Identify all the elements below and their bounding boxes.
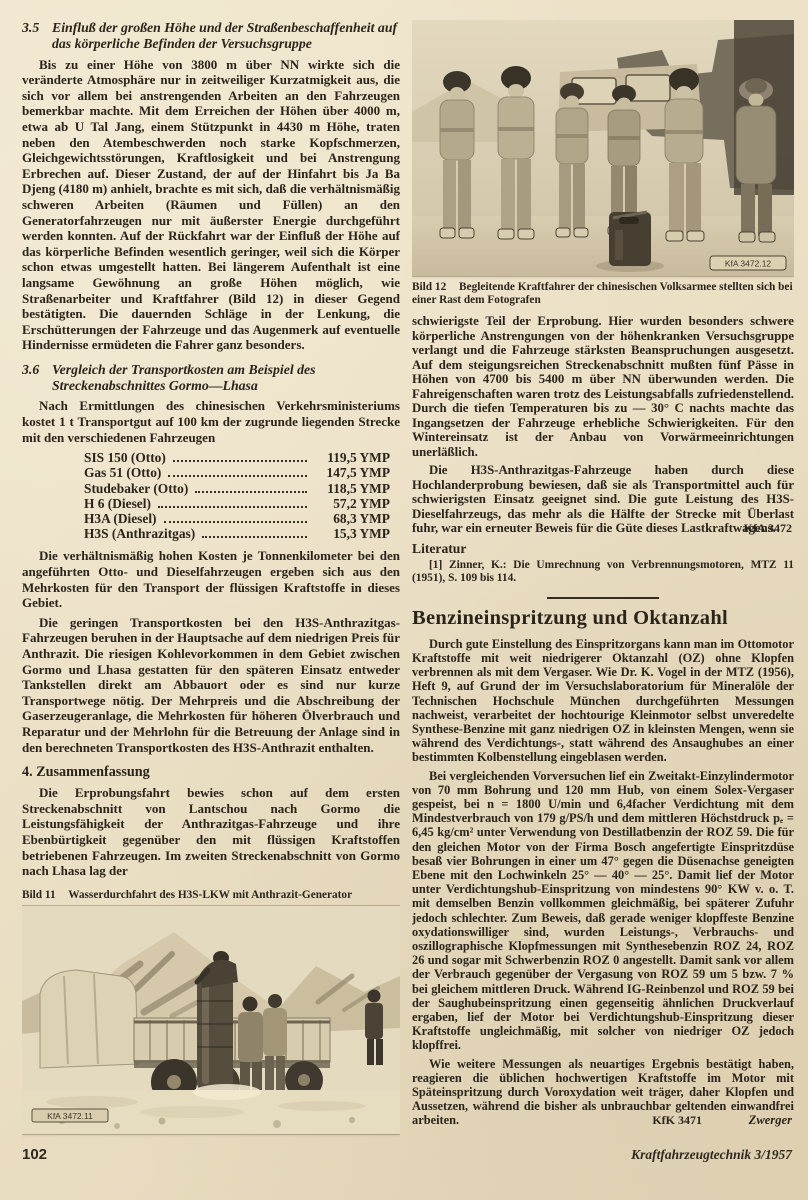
cost-value: 57,2 YMP bbox=[314, 496, 390, 511]
article-2-title: Benzineinspritzung und Oktanzahl bbox=[412, 606, 794, 630]
figure-caption-text: Begleitende Kraftfahrer der chinesischen… bbox=[412, 281, 793, 306]
photo-watermark: KfA 3472.12 bbox=[710, 256, 786, 270]
table-row: Studebaker (Otto) 118,5 YMP bbox=[84, 481, 390, 496]
section-title: Einfluß der großen Höhe und der Straßenb… bbox=[52, 20, 400, 53]
dot-leader bbox=[168, 475, 307, 477]
section-4-heading: 4. Zusammenfassung bbox=[22, 764, 400, 781]
figure-caption-text: Wasserdurchfahrt des H3S-LKW mit Anthraz… bbox=[68, 889, 352, 901]
literatur-heading: Literatur bbox=[412, 541, 794, 557]
journal-name: Kraftfahrzeugtechnik 3/1957 bbox=[631, 1147, 792, 1163]
cost-value: 68,3 YMP bbox=[314, 511, 390, 526]
vehicle-name: Gas 51 (Otto) bbox=[84, 465, 161, 480]
continuation-paragraph-2: Die H3S-Anthrazitgas-Fahrzeuge haben dur… bbox=[412, 463, 794, 536]
transport-cost-table: SIS 150 (Otto) 119,5 YMP Gas 51 (Otto) 1… bbox=[84, 450, 390, 541]
section-title: Vergleich der Transportkosten am Beispie… bbox=[52, 362, 400, 395]
bild-11-photo: KfA 3472.11 bbox=[22, 906, 400, 1134]
photo-watermark: KfA 3472.11 bbox=[32, 1109, 108, 1122]
bild-12-illustration: KfA 3472.12 bbox=[412, 20, 794, 276]
vehicle-name: H3A (Diesel) bbox=[84, 511, 157, 526]
section-number: 3.6 bbox=[22, 362, 52, 395]
section-4-paragraph: Die Erprobungsfahrt bewies schon auf dem… bbox=[22, 785, 400, 879]
vehicle-name: SIS 150 (Otto) bbox=[84, 450, 166, 465]
bild-12-caption: Bild 12 Begleitende Kraftfahrer der chin… bbox=[412, 281, 794, 307]
section-3-6-heading: 3.6 Vergleich der Transportkosten am Bei… bbox=[22, 362, 400, 395]
cost-value: 119,5 YMP bbox=[314, 450, 390, 465]
table-row: SIS 150 (Otto) 119,5 YMP bbox=[84, 450, 390, 465]
dot-leader bbox=[164, 521, 307, 523]
journal-page: { "page": { "footer_left": "102", "foote… bbox=[0, 0, 808, 1200]
section-number: 3.5 bbox=[22, 20, 52, 53]
article-2-paragraph-2: Bei vergleichenden Vorversuchen lief ein… bbox=[412, 769, 794, 1053]
right-column: KfA 3472.12 Bild 12 Begleitende Kraftfah… bbox=[412, 20, 794, 1146]
literatur-entry: [1] Zinner, K.: Die Umrechnung von Verbr… bbox=[412, 559, 794, 586]
section-3-6-paragraph-2: Die geringen Transportkosten bei den H3S… bbox=[22, 615, 400, 755]
figure-label: Bild 11 bbox=[22, 889, 56, 901]
vehicle-name: Studebaker (Otto) bbox=[84, 481, 188, 496]
photo-credit: KfA 3472 bbox=[727, 521, 792, 536]
dot-leader bbox=[202, 536, 307, 538]
dot-leader bbox=[173, 460, 307, 462]
photo-credit: KfK 3471 bbox=[635, 1113, 702, 1127]
dot-leader bbox=[158, 506, 307, 508]
cost-value: 147,5 YMP bbox=[314, 465, 390, 480]
section-3-5-heading: 3.5 Einfluß der großen Höhe und der Stra… bbox=[22, 20, 400, 53]
vehicle-name: H3S (Anthrazitgas) bbox=[84, 526, 195, 541]
page-number: 102 bbox=[22, 1146, 47, 1163]
table-row: Gas 51 (Otto) 147,5 YMP bbox=[84, 465, 390, 480]
watermark-text: KfA 3472.12 bbox=[725, 259, 772, 269]
left-column: 3.5 Einfluß der großen Höhe und der Stra… bbox=[22, 20, 400, 1146]
page-footer: 102 Kraftfahrzeugtechnik 3/1957 bbox=[22, 1146, 792, 1163]
author-signature: Zwerger bbox=[732, 1113, 792, 1127]
section-3-5-paragraph: Bis zu einer Höhe von 3800 m über NN wir… bbox=[22, 57, 400, 353]
vehicle-name: H 6 (Diesel) bbox=[84, 496, 151, 511]
section-3-6-intro: Nach Ermittlungen des chinesischen Verke… bbox=[22, 398, 400, 445]
bild-11-caption: Bild 11 Wasserdurchfahrt des H3S-LKW mit… bbox=[22, 889, 400, 902]
table-row: H 6 (Diesel) 57,2 YMP bbox=[84, 496, 390, 511]
figure-label: Bild 12 bbox=[412, 281, 446, 293]
section-3-6-paragraph-1: Die verhältnismäßig hohen Kosten je Tonn… bbox=[22, 548, 400, 610]
bild-11-illustration: KfA 3472.11 bbox=[22, 906, 400, 1134]
continuation-paragraph-1: schwierigste Teil der Erprobung. Hier wu… bbox=[412, 314, 794, 459]
watermark-text: KfA 3472.11 bbox=[47, 1111, 93, 1121]
table-row: H3A (Diesel) 68,3 YMP bbox=[84, 511, 390, 526]
article-2-paragraph-3: Wie weitere Messungen als neuartiges Erg… bbox=[412, 1057, 794, 1128]
cost-value: 15,3 YMP bbox=[314, 526, 390, 541]
dot-leader bbox=[195, 491, 307, 493]
section-divider bbox=[547, 597, 659, 599]
article-2-paragraph-1: Durch gute Einstellung des Einspritzorga… bbox=[412, 637, 794, 765]
bild-12-photo: KfA 3472.12 bbox=[412, 20, 794, 276]
table-row: H3S (Anthrazitgas) 15,3 YMP bbox=[84, 526, 390, 541]
cost-value: 118,5 YMP bbox=[314, 481, 390, 496]
